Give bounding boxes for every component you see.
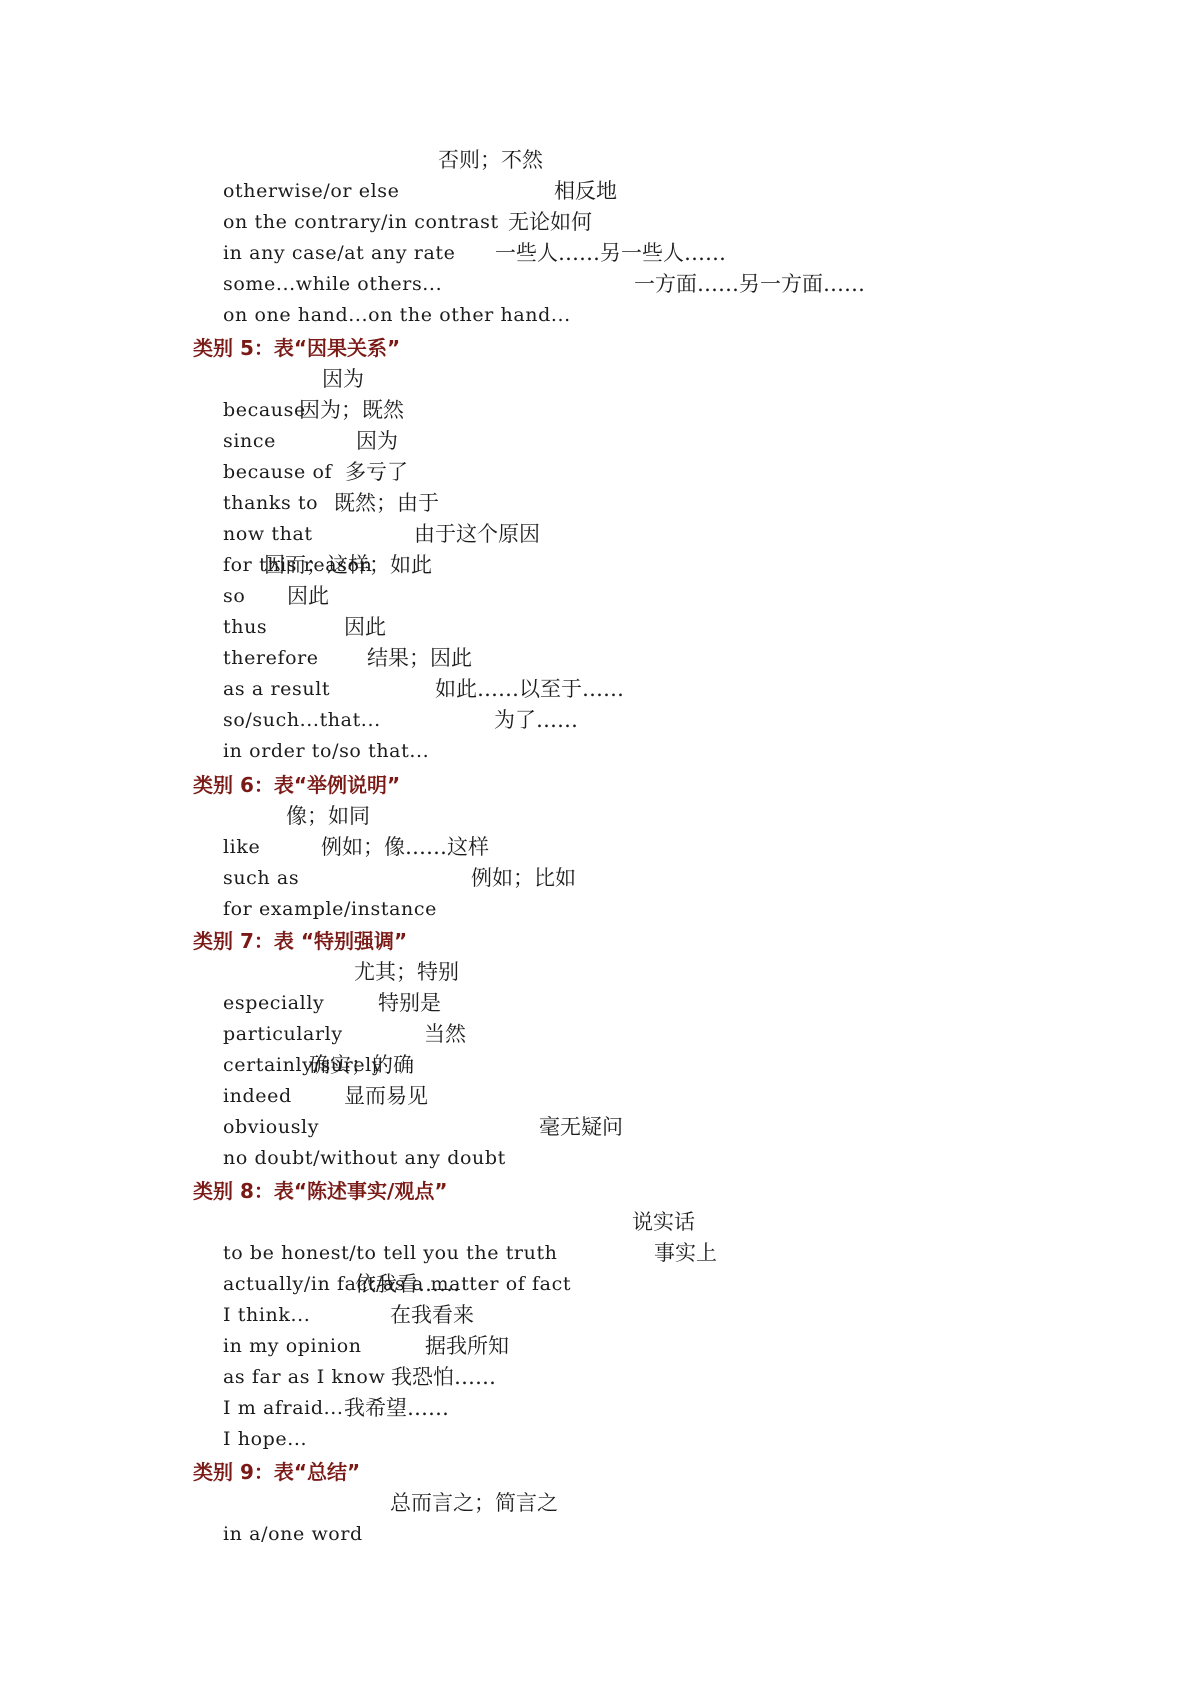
phrase-entry: obviously 显而易见 (193, 1081, 319, 1112)
phrase-entry: as far as I know 据我所知 (193, 1331, 385, 1362)
chinese-meaning: 因而；这样；如此 (264, 550, 432, 581)
section-heading: 类别 8：表“陈述事实/观点” (193, 1175, 447, 1207)
chinese-meaning: 多亏了 (345, 457, 408, 488)
phrase-entry: in my opinion 在我看来 (193, 1300, 362, 1331)
phrase-entry: indeed 确实；的确 (193, 1050, 292, 1081)
phrase-entry: certainly/surely 当然 (193, 1019, 383, 1050)
english-phrase: I hope... (223, 1428, 307, 1450)
english-phrase: in order to/so that... (223, 740, 429, 762)
phrase-entry: so 因而；这样；如此 (193, 550, 245, 581)
chinese-meaning: 我恐怕…… (391, 1362, 496, 1393)
chinese-meaning: 在我看来 (390, 1300, 474, 1331)
english-phrase: in a/one word (223, 1523, 363, 1545)
chinese-meaning: 既然；由于 (334, 488, 439, 519)
chinese-meaning: 像；如同 (286, 801, 370, 832)
phrase-entry: actually/in fact/as a matter of fact 事实上 (193, 1238, 571, 1269)
english-phrase: for example/instance (223, 898, 437, 920)
phrase-entry: otherwise/or else 否则；不然 (193, 145, 399, 176)
phrase-entry: since 因为；既然 (193, 395, 276, 426)
phrase-entry: I hope... 我希望…… (193, 1393, 307, 1424)
phrase-entry: I think... 依我看…… (193, 1269, 310, 1300)
phrase-entry: particularly 特别是 (193, 988, 343, 1019)
chinese-meaning: 例如；比如 (471, 863, 576, 894)
chinese-meaning: 因此 (287, 581, 329, 612)
phrase-entry: some...while others... 一些人……另一些人…… (193, 238, 442, 269)
phrase-entry: especially 尤其；特别 (193, 957, 324, 988)
chinese-meaning: 依我看…… (355, 1269, 460, 1300)
chinese-meaning: 例如；像……这样 (321, 832, 489, 863)
phrase-entry: because 因为 (193, 364, 306, 395)
chinese-meaning: 因为；既然 (299, 395, 404, 426)
phrase-entry: as a result 结果；因此 (193, 643, 330, 674)
chinese-meaning: 当然 (424, 1019, 466, 1050)
chinese-meaning: 一些人……另一些人…… (495, 238, 726, 269)
section-heading: 类别 5：表“因果关系” (193, 332, 400, 364)
document-page: otherwise/or else 否则；不然 on the contrary/… (0, 0, 1190, 1684)
phrase-entry: because of 因为 (193, 426, 332, 457)
chinese-meaning: 毫无疑问 (539, 1112, 623, 1143)
chinese-meaning: 据我所知 (425, 1331, 509, 1362)
chinese-meaning: 事实上 (654, 1238, 717, 1269)
phrase-entry: to be honest/to tell you the truth 说实话 (193, 1207, 558, 1238)
phrase-entry: for example/instance 例如；比如 (193, 863, 437, 894)
phrase-entry: on one hand...on the other hand... 一方面……… (193, 269, 571, 300)
phrase-entry: in any case/at any rate 无论如何 (193, 207, 456, 238)
english-phrase: no doubt/without any doubt (223, 1147, 506, 1169)
phrase-entry: such as 例如；像……这样 (193, 832, 299, 863)
phrase-entry: now that 既然；由于 (193, 488, 313, 519)
chinese-meaning: 相反地 (554, 176, 617, 207)
chinese-meaning: 因为 (322, 364, 364, 395)
phrase-entry: in a/one word 总而言之；简言之 (193, 1488, 363, 1519)
chinese-meaning: 为了…… (494, 705, 578, 736)
section-heading: 类别 9：表“总结” (193, 1456, 360, 1488)
chinese-meaning: 无论如何 (508, 207, 592, 238)
chinese-meaning: 特别是 (378, 988, 441, 1019)
chinese-meaning: 显而易见 (344, 1081, 428, 1112)
phrase-entry: therefore 因此 (193, 612, 319, 643)
chinese-meaning: 因为 (356, 426, 398, 457)
chinese-meaning: 说实话 (632, 1207, 695, 1238)
phrase-entry: thanks to 多亏了 (193, 457, 318, 488)
phrase-entry: for this reason 由于这个原因 (193, 519, 372, 550)
chinese-meaning: 由于这个原因 (414, 519, 540, 550)
chinese-meaning: 尤其；特别 (354, 957, 459, 988)
chinese-meaning: 我希望…… (344, 1393, 449, 1424)
english-phrase: on one hand...on the other hand... (223, 304, 571, 326)
chinese-meaning: 结果；因此 (367, 643, 472, 674)
phrase-entry: like 像；如同 (193, 801, 260, 832)
phrase-entry: no doubt/without any doubt 毫无疑问 (193, 1112, 506, 1143)
chinese-meaning: 因此 (344, 612, 386, 643)
chinese-meaning: 一方面……另一方面…… (634, 269, 865, 300)
chinese-meaning: 确实；的确 (309, 1050, 414, 1081)
phrase-entry: in order to/so that... 为了…… (193, 705, 429, 736)
phrase-entry: I m afraid... 我恐怕…… (193, 1362, 344, 1393)
phrase-entry: so/such...that... 如此……以至于…… (193, 674, 381, 705)
chinese-meaning: 如此……以至于…… (435, 674, 624, 705)
section-heading: 类别 7：表 “特别强调” (193, 925, 407, 957)
phrase-entry: on the contrary/in contrast 相反地 (193, 176, 499, 207)
section-heading: 类别 6：表“举例说明” (193, 769, 400, 801)
chinese-meaning: 总而言之；简言之 (390, 1488, 558, 1519)
phrase-entry: thus 因此 (193, 581, 267, 612)
chinese-meaning: 否则；不然 (438, 145, 543, 176)
